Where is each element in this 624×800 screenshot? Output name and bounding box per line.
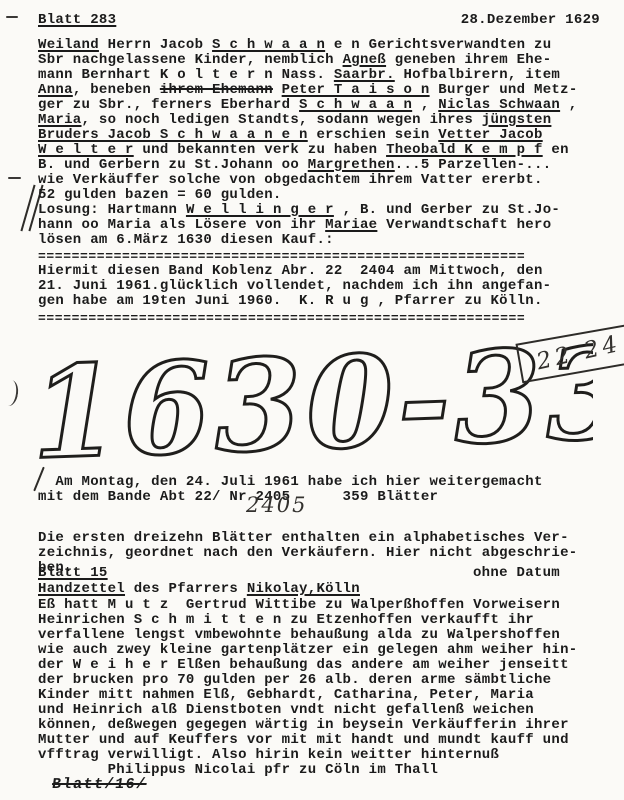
completion-note-1961: Hiermit diesen Band Koblenz Abr. 22 2404…	[38, 264, 551, 309]
handwritten-year-range-figure: 1630-33	[25, 328, 593, 480]
margin-dash-mark	[8, 177, 21, 179]
corner-archive-note: 22 24	[535, 336, 622, 370]
entry-header-row: Blatt 283 28.Dezember 1629	[38, 13, 600, 28]
archive-transcript-page: Blatt 283 28.Dezember 1629 Weiland Herrn…	[0, 0, 624, 800]
margin-bracket-mark	[0, 379, 19, 407]
entry-date: 28.Dezember 1629	[461, 13, 600, 28]
entry-blatt15-paragraph: Eß hatt M u t z Gertrud Wittibe zu Walpe…	[38, 598, 577, 778]
margin-dash-mark	[6, 16, 18, 18]
separator-line-top: ========================================…	[38, 249, 525, 264]
entry-1629-paragraph: Weiland Herrn Jacob S c h w a a n e n Ge…	[38, 38, 578, 248]
separator-line-bottom: ========================================…	[38, 311, 525, 326]
blatt-number-label: Blatt 15	[38, 566, 108, 581]
handwritten-volume-number: 2405	[246, 498, 307, 513]
no-date-note: ohne Datum	[473, 566, 560, 581]
handwritten-year-range: 1630-33	[29, 328, 593, 480]
blatt-number-label: Blatt 283	[38, 13, 116, 28]
handzettel-title-line: Handzettel des Pfarrers Nikolay,Kölln	[38, 582, 360, 597]
blatt15-header-row: Blatt 15 ohne Datum	[38, 566, 560, 581]
crossed-out-blatt-reference: Blatt/16/	[51, 777, 148, 792]
